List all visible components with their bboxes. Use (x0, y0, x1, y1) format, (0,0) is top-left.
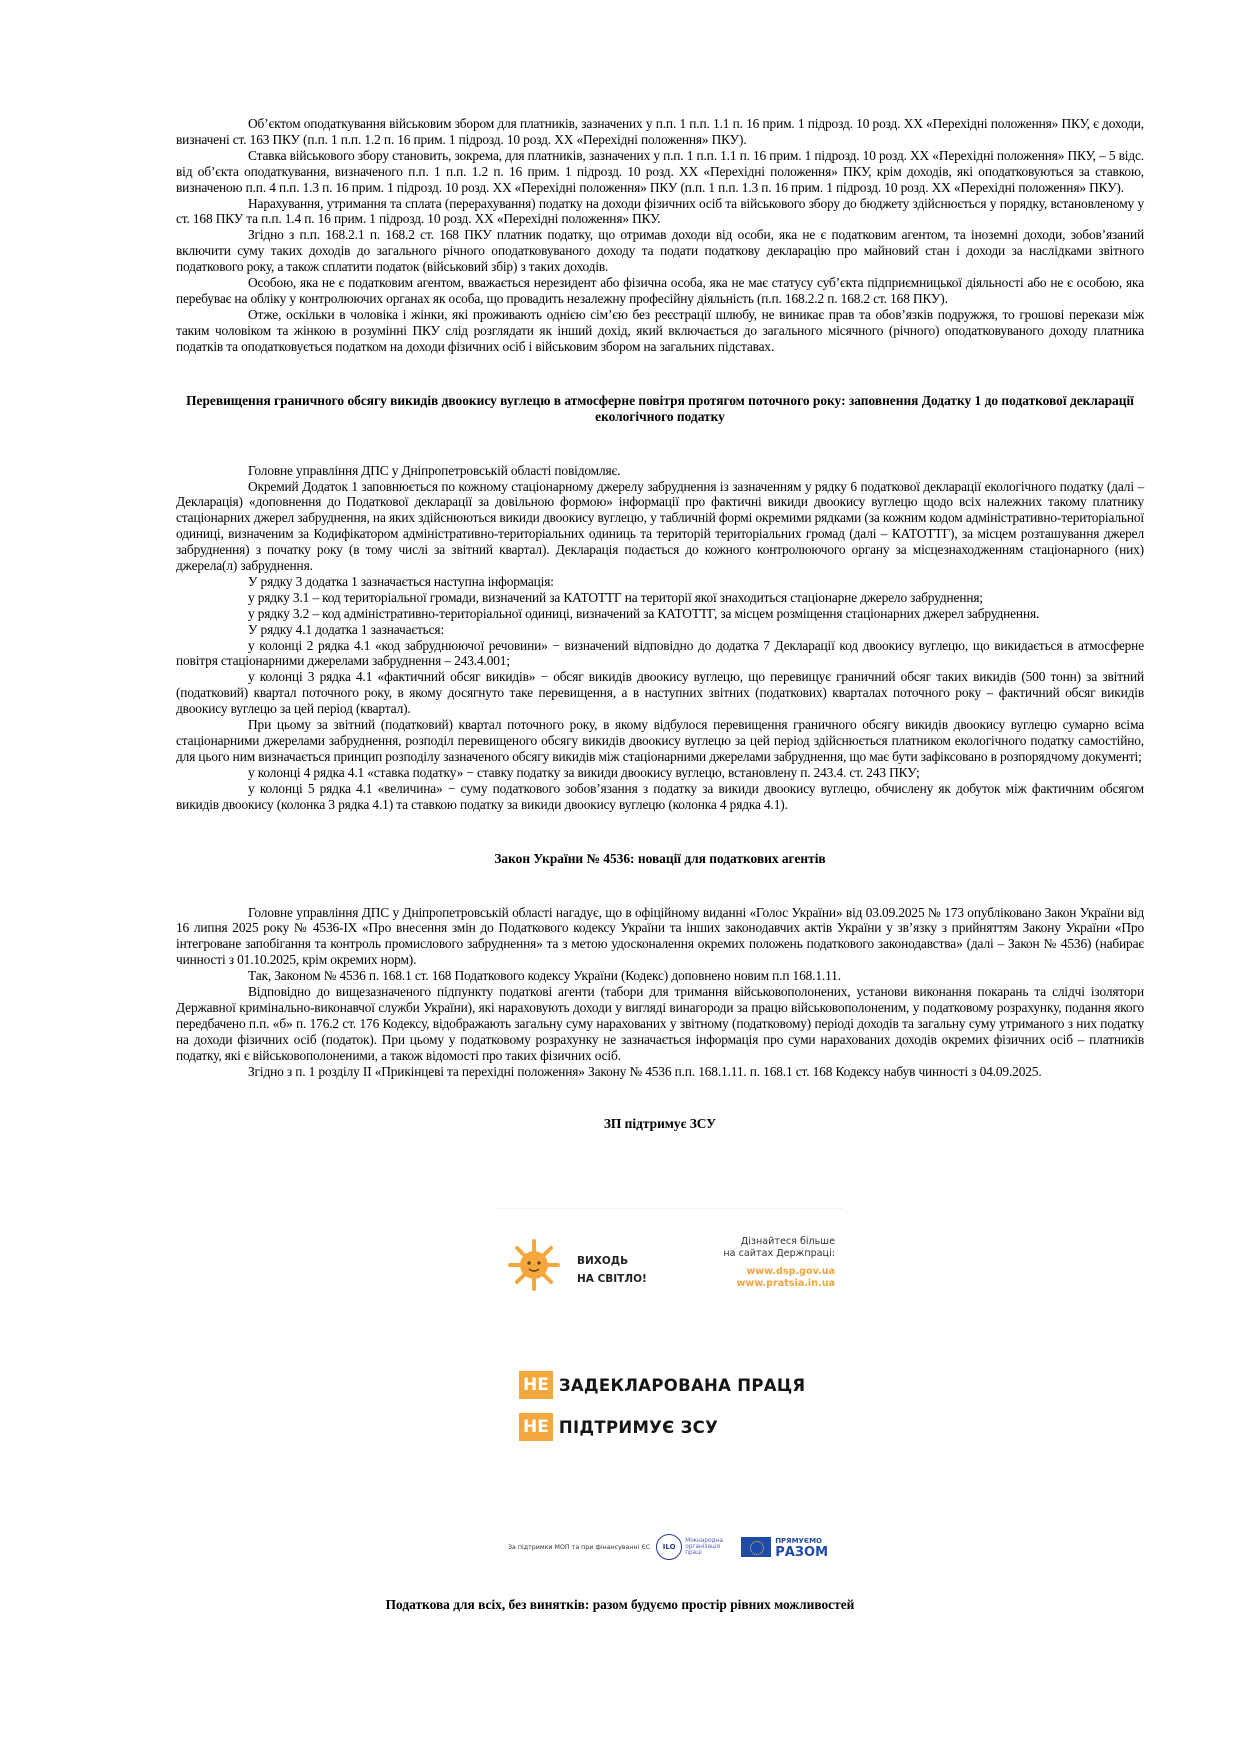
document-body: Об’єктом оподаткування військовим збором… (176, 116, 1144, 1132)
section-military-levy: Об’єктом оподаткування військовим збором… (176, 116, 1144, 355)
ilo-name: Міжнародна організація праці (685, 1538, 727, 1557)
paragraph: Отже, оскільки в чоловіка і жінки, які п… (176, 307, 1144, 355)
section-law-4536: Головне управління ДПС у Дніпропетровськ… (176, 905, 1144, 1080)
eu-flag-icon (741, 1537, 771, 1557)
ilo-name-line: праці (685, 1550, 702, 1556)
paragraph: Ставка військового збору становить, зокр… (176, 148, 1144, 196)
learn-more-text: на сайтах Держпраці: (723, 1248, 835, 1260)
learn-more-block: Дізнайтеся більше на сайтах Держпраці: w… (723, 1236, 835, 1290)
ne-badge: НЕ (519, 1371, 553, 1399)
paragraph: У рядку 3 додатка 1 зазначається наступн… (176, 574, 1144, 590)
paragraph: у рядку 3.1 – код територіальної громади… (176, 590, 1144, 606)
paragraph: у колонці 4 рядка 4.1 «ставка податку» −… (176, 765, 1144, 781)
zp-supports-army-title: ЗП підтримує ЗСУ (176, 1116, 1144, 1132)
link-dsp[interactable]: www.dsp.gov.ua (723, 1266, 835, 1278)
paragraph: у колонці 5 рядка 4.1 «величина» − суму … (176, 781, 1144, 813)
link-pratsia[interactable]: www.pratsia.in.ua (723, 1278, 835, 1290)
support-text: За підтримки МОП та при фінансуванні ЄС (508, 1544, 654, 1551)
eu-logo: ПРЯМУЄМО РАЗОМ (741, 1536, 828, 1558)
section-title-co2-emissions: Перевищення граничного обсягу викидів дв… (176, 393, 1144, 425)
section-title-law-4536: Закон України № 4536: новації для податк… (176, 851, 1144, 867)
divider (497, 1208, 843, 1209)
ne-campaign-block: НЕ ЗАДЕКЛАРОВАНА ПРАЦЯ НЕ ПІДТРИМУЄ ЗСУ (519, 1370, 805, 1454)
ilo-name-line: Міжнародна (685, 1538, 723, 1544)
paragraph: у колонці 2 рядка 4.1 «код забруднюючої … (176, 638, 1144, 670)
paragraph: При цьому за звітний (податковий) кварта… (176, 717, 1144, 765)
paragraph: Так, Законом № 4536 п. 168.1 ст. 168 Под… (176, 968, 1144, 984)
paragraph: Головне управління ДПС у Дніпропетровськ… (176, 463, 1144, 479)
smiling-sun-icon (507, 1238, 561, 1292)
ne-row-undeclared-labor: НЕ ЗАДЕКЛАРОВАНА ПРАЦЯ (519, 1370, 805, 1400)
ne-badge: НЕ (519, 1413, 553, 1441)
eu-slogan: ПРЯМУЄМО РАЗОМ (775, 1536, 828, 1558)
campaign-line: НА СВІТЛО! (577, 1270, 647, 1288)
paragraph: У рядку 4.1 додатка 1 зазначається: (176, 622, 1144, 638)
footer-slogan: Податкова для всіх, без винятків: разом … (0, 1597, 1240, 1613)
learn-more-text: Дізнайтеся більше (723, 1236, 835, 1248)
campaign-slogan: ВИХОДЬ НА СВІТЛО! (577, 1252, 647, 1288)
paragraph: Згідно з п.п. 168.2.1 п. 168.2 ст. 168 П… (176, 227, 1144, 275)
ne-row-supports-army: НЕ ПІДТРИМУЄ ЗСУ (519, 1412, 805, 1442)
ne-row-text: ЗАДЕКЛАРОВАНА ПРАЦЯ (559, 1376, 806, 1395)
section-co2-emissions: Головне управління ДПС у Дніпропетровськ… (176, 463, 1144, 813)
paragraph: Окремий Додаток 1 заповнюється по кожном… (176, 479, 1144, 574)
ilo-emblem-icon: ILO (656, 1534, 682, 1560)
paragraph: Згідно з п. 1 розділу II «Прикінцеві та … (176, 1064, 1144, 1080)
paragraph: Головне управління ДПС у Дніпропетровськ… (176, 905, 1144, 969)
paragraph: Об’єктом оподаткування військовим збором… (176, 116, 1144, 148)
paragraph: у колонці 3 рядка 4.1 «фактичний обсяг в… (176, 669, 1144, 717)
campaign-banner: ВИХОДЬ НА СВІТЛО! Дізнайтеся більше на с… (497, 1208, 843, 1308)
ne-row-text: ПІДТРИМУЄ ЗСУ (559, 1418, 718, 1437)
ilo-logo: ILO Міжнародна організація праці (656, 1534, 727, 1560)
ilo-name-line: організація (685, 1544, 720, 1550)
paragraph: Відповідно до вищезазначеного підпункту … (176, 984, 1144, 1064)
paragraph: Нарахування, утримання та сплата (перера… (176, 196, 1144, 228)
eu-slogan-big: РАЗОМ (775, 1547, 828, 1558)
paragraph: у рядку 3.2 – код адміністративно-терито… (176, 606, 1144, 622)
paragraph: Особою, яка не є податковим агентом, вва… (176, 275, 1144, 307)
partners-strip: За підтримки МОП та при фінансуванні ЄС … (508, 1532, 828, 1562)
campaign-line: ВИХОДЬ (577, 1252, 647, 1270)
